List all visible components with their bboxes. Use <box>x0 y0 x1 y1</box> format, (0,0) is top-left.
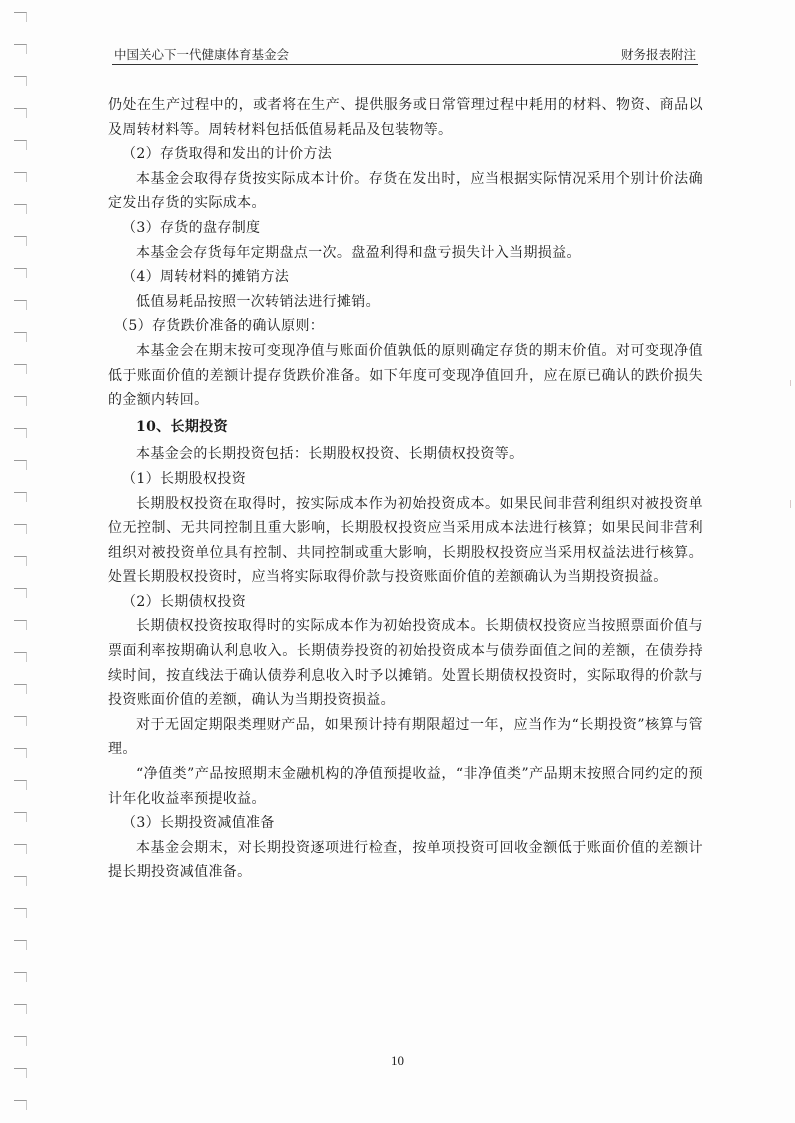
binding-hole-mark <box>14 300 27 310</box>
sub-heading-inventory-valuation: （2）存货取得和发出的计价方法 <box>108 142 703 167</box>
binding-hole-mark <box>14 428 27 438</box>
binding-hole-mark <box>14 940 27 950</box>
binding-hole-mark <box>14 76 27 86</box>
binding-hole-mark <box>14 684 27 694</box>
binding-hole-mark <box>14 812 27 822</box>
binding-hole-mark <box>14 108 27 118</box>
paragraph: 长期债权投资按取得时的实际成本作为初始投资成本。长期债权投资应当按照票面价值与票… <box>108 614 703 712</box>
sub-heading-inventory-count: （3）存货的盘存制度 <box>108 216 703 241</box>
binding-hole-mark <box>14 332 27 342</box>
paragraph: 长期股权投资在取得时，按实际成本作为初始投资成本。如果民间非营利组织对被投资单位… <box>108 492 703 590</box>
paragraph: 本基金会取得存货按实际成本计价。存货在发出时，应当根据实际情况采用个别计价法确定… <box>108 167 703 216</box>
binding-hole-mark <box>14 620 27 630</box>
binding-hole-mark <box>14 780 27 790</box>
page-header: 中国关心下一代健康体育基金会 财务报表附注 <box>112 42 698 65</box>
binding-hole-mark <box>14 652 27 662</box>
binding-hole-mark <box>14 876 27 886</box>
binding-hole-mark <box>14 1036 27 1046</box>
binding-hole-mark <box>14 44 27 54</box>
sub-heading-amortization: （4）周转材料的摊销方法 <box>108 265 703 290</box>
paragraph: 本基金会存货每年定期盘点一次。盘盈利得和盘亏损失计入当期损益。 <box>108 241 703 266</box>
sub-heading-equity-investment: （1）长期股权投资 <box>108 467 703 492</box>
binding-hole-mark <box>14 1004 27 1014</box>
sub-heading-impairment-principle: （5）存货跌价准备的确认原则： <box>108 314 703 339</box>
continuation-paragraph: 仍处在生产过程中的，或者将在生产、提供服务或日常管理过程中耗用的材料、物资、商品… <box>108 93 703 142</box>
binding-margin <box>14 0 34 1123</box>
binding-hole-mark <box>14 268 27 278</box>
binding-hole-mark <box>14 524 27 534</box>
scan-artifact <box>790 500 791 508</box>
binding-hole-mark <box>14 12 27 22</box>
binding-hole-mark <box>14 460 27 470</box>
binding-hole-mark <box>14 236 27 246</box>
binding-hole-mark <box>14 556 27 566</box>
binding-hole-mark <box>14 172 27 182</box>
paragraph: “净值类”产品按照期末金融机构的净值预提收益，“非净值类”产品期末按照合同约定的… <box>108 762 703 811</box>
binding-hole-mark <box>14 908 27 918</box>
scan-artifact <box>790 380 791 386</box>
binding-hole-mark <box>14 972 27 982</box>
binding-hole-mark <box>14 1100 27 1110</box>
document-page: 中国关心下一代健康体育基金会 财务报表附注 仍处在生产过程中的，或者将在生产、提… <box>0 0 795 1123</box>
section-heading-long-term-investment: 10、长期投资 <box>108 415 703 440</box>
paragraph: 本基金会的长期投资包括：长期股权投资、长期债权投资等。 <box>108 442 703 467</box>
binding-hole-mark <box>14 748 27 758</box>
binding-hole-mark <box>14 140 27 150</box>
binding-hole-mark <box>14 844 27 854</box>
page-number: 10 <box>0 1053 795 1069</box>
paragraph: 本基金会期末，对长期投资逐项进行检查，按单项投资可回收金额低于账面价值的差额计提… <box>108 836 703 885</box>
binding-hole-mark <box>14 588 27 598</box>
sub-heading-investment-impairment: （3）长期投资减值准备 <box>108 811 703 836</box>
binding-hole-mark <box>14 1068 27 1078</box>
binding-hole-mark <box>14 396 27 406</box>
paragraph: 对于无固定期限类理财产品，如果预计持有期限超过一年，应当作为“长期投资”核算与管… <box>108 713 703 762</box>
binding-hole-mark <box>14 364 27 374</box>
binding-hole-mark <box>14 204 27 214</box>
binding-hole-mark <box>14 492 27 502</box>
paragraph: 低值易耗品按照一次转销法进行摊销。 <box>108 290 703 315</box>
organization-name: 中国关心下一代健康体育基金会 <box>114 45 289 63</box>
sub-heading-debt-investment: （2）长期债权投资 <box>108 590 703 615</box>
document-body: 仍处在生产过程中的，或者将在生产、提供服务或日常管理过程中耗用的材料、物资、商品… <box>108 93 703 885</box>
paragraph: 本基金会在期末按可变现净值与账面价值孰低的原则确定存货的期末价值。对可变现净值低… <box>108 339 703 413</box>
binding-hole-mark <box>14 716 27 726</box>
document-section-title: 财务报表附注 <box>621 45 696 63</box>
